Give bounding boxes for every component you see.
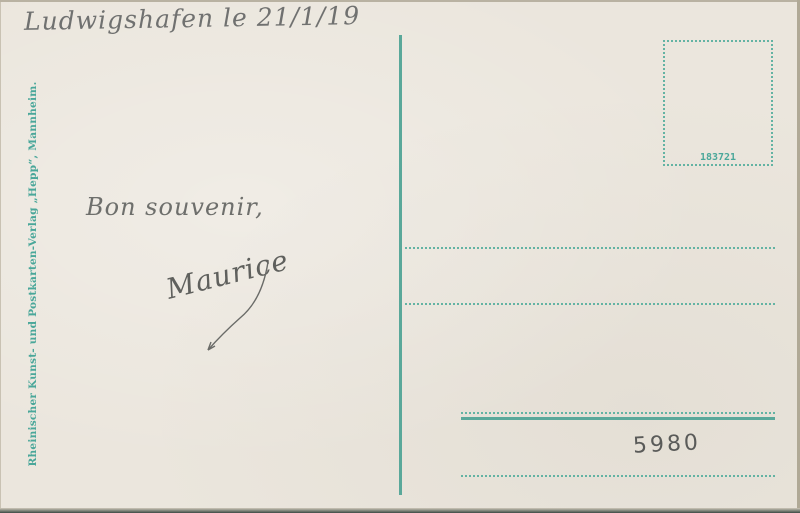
message-address-divider <box>399 35 402 495</box>
stamp-box: 183721 <box>663 40 773 166</box>
address-line-3-dotted <box>461 412 775 414</box>
postcard-back: Ludwigshafen le 21/1/19 Bon souvenir, Ma… <box>0 0 800 513</box>
handwritten-reference-number: 5980 <box>632 430 701 459</box>
publisher-imprint: Rheinischer Kunst- und Postkarten-Verlag… <box>27 82 39 467</box>
address-line-2 <box>405 303 775 305</box>
address-line-4 <box>461 475 775 477</box>
address-line-1 <box>405 247 775 249</box>
stamp-box-number: 183721 <box>665 152 771 163</box>
address-line-3-solid <box>461 417 775 420</box>
